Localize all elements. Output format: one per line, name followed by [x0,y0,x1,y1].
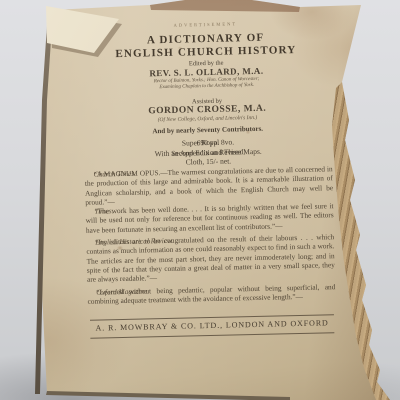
printed-page-text: ADVERTISEMENT A DICTIONARY OF ENGLISH CH… [76,11,342,363]
advertisement-label: ADVERTISEMENT [76,19,334,30]
contributors-line: And by nearly Seventy Contributors. [79,123,337,137]
publisher-imprint: A. R. MOWBRAY & CO. LTD., LONDON AND OXF… [83,318,341,333]
book-photo: ADVERTISEMENT A DICTIONARY OF ENGLISH CH… [0,0,400,400]
imprint-rule-bottom [90,332,334,339]
